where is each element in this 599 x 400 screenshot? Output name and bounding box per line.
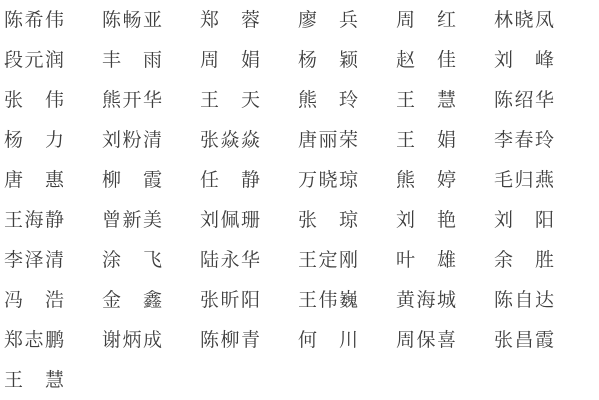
name-character: 王 <box>200 91 219 110</box>
name-item: 廖兵 <box>298 0 358 40</box>
name-character: 成 <box>143 331 162 350</box>
name-character: 刘 <box>494 211 513 230</box>
name-character: 张 <box>200 131 219 150</box>
name-character: 粉 <box>122 131 141 150</box>
name-character: 华 <box>241 251 260 270</box>
name-item: 王定刚 <box>298 240 358 280</box>
name-character: 晓 <box>318 171 337 190</box>
name-item: 冯浩 <box>4 280 64 320</box>
name-character: 静 <box>45 211 64 230</box>
name-character: 珊 <box>241 211 260 230</box>
name-character: 霞 <box>143 171 162 190</box>
name-character: 鑫 <box>143 291 162 310</box>
name-character: 刘 <box>200 211 219 230</box>
name-character: 婷 <box>437 171 456 190</box>
name-character: 郑 <box>200 11 219 30</box>
name-character: 任 <box>200 171 219 190</box>
name-item: 张伟 <box>4 80 64 120</box>
name-item: 杨力 <box>4 120 64 160</box>
name-character: 佩 <box>220 211 239 230</box>
name-character: 蓉 <box>241 11 260 30</box>
name-character: 李 <box>4 251 23 270</box>
name-character: 焱 <box>220 131 239 150</box>
name-character: 林 <box>494 11 513 30</box>
name-character: 畅 <box>122 11 141 30</box>
name-character: 柳 <box>220 331 239 350</box>
name-character: 杨 <box>298 51 317 70</box>
name-item: 郑志鹏 <box>4 320 64 360</box>
name-character: 张 <box>298 211 317 230</box>
name-character: 燕 <box>535 171 554 190</box>
name-character: 泽 <box>24 251 43 270</box>
name-character: 陈 <box>494 291 513 310</box>
name-character: 张 <box>200 291 219 310</box>
name-item: 熊婷 <box>396 160 456 200</box>
name-character: 琼 <box>339 171 358 190</box>
name-item: 曾新美 <box>102 200 162 240</box>
name-character: 清 <box>143 131 162 150</box>
name-item: 谢炳成 <box>102 320 162 360</box>
name-character: 浩 <box>45 291 64 310</box>
name-character: 飞 <box>143 251 162 270</box>
name-character: 熊 <box>298 91 317 110</box>
name-character: 伟 <box>45 91 64 110</box>
name-character: 美 <box>143 211 162 230</box>
name-character: 王 <box>298 291 317 310</box>
name-character: 郑 <box>4 331 23 350</box>
name-item: 万晓琼 <box>298 160 358 200</box>
name-item: 陈畅亚 <box>102 0 162 40</box>
name-item: 杨颖 <box>298 40 358 80</box>
name-character: 海 <box>24 211 43 230</box>
name-item: 陈希伟 <box>4 0 64 40</box>
empty-cell <box>396 360 456 400</box>
name-item: 郑蓉 <box>200 0 260 40</box>
name-list: 陈希伟陈畅亚郑蓉廖兵周红林晓凤段元润丰雨周娟杨颖赵佳刘峰张伟熊开华王天熊玲王慧陈… <box>0 0 599 400</box>
name-character: 华 <box>535 91 554 110</box>
name-character: 静 <box>241 171 260 190</box>
name-character: 叶 <box>396 251 415 270</box>
name-item: 陈自达 <box>494 280 554 320</box>
name-character: 归 <box>514 171 533 190</box>
name-character: 琼 <box>339 211 358 230</box>
name-character: 熊 <box>396 171 415 190</box>
name-character: 余 <box>494 251 513 270</box>
name-item: 毛归燕 <box>494 160 554 200</box>
empty-cell <box>494 360 554 400</box>
name-character: 周 <box>200 51 219 70</box>
name-item: 陈绍华 <box>494 80 554 120</box>
name-character: 惠 <box>45 171 64 190</box>
name-character: 荣 <box>339 131 358 150</box>
name-character: 丽 <box>318 131 337 150</box>
name-item: 王娟 <box>396 120 456 160</box>
name-character: 王 <box>4 371 23 390</box>
name-item: 刘峰 <box>494 40 554 80</box>
name-character: 冯 <box>4 291 23 310</box>
name-character: 娟 <box>437 131 456 150</box>
name-item: 林晓凤 <box>494 0 554 40</box>
name-item: 王慧 <box>396 80 456 120</box>
name-character: 刘 <box>102 131 121 150</box>
name-item: 刘佩珊 <box>200 200 260 240</box>
name-character: 唐 <box>4 171 23 190</box>
name-item: 刘艳 <box>396 200 456 240</box>
name-character: 鹏 <box>45 331 64 350</box>
name-character: 熊 <box>102 91 121 110</box>
name-character: 毛 <box>494 171 513 190</box>
name-character: 万 <box>298 171 317 190</box>
name-item: 李春玲 <box>494 120 554 160</box>
name-character: 刘 <box>494 51 513 70</box>
name-character: 永 <box>220 251 239 270</box>
name-item: 丰雨 <box>102 40 162 80</box>
name-item: 周红 <box>396 0 456 40</box>
name-character: 王 <box>396 91 415 110</box>
name-item: 叶雄 <box>396 240 456 280</box>
name-item: 刘阳 <box>494 200 554 240</box>
name-item: 李泽清 <box>4 240 64 280</box>
name-character: 清 <box>45 251 64 270</box>
name-character: 王 <box>396 131 415 150</box>
name-character: 陈 <box>102 11 121 30</box>
name-character: 张 <box>4 91 23 110</box>
name-character: 城 <box>437 291 456 310</box>
name-character: 定 <box>318 251 337 270</box>
name-character: 陈 <box>494 91 513 110</box>
name-character: 阳 <box>535 211 554 230</box>
name-character: 刘 <box>396 211 415 230</box>
name-item: 余胜 <box>494 240 554 280</box>
name-character: 晓 <box>514 11 533 30</box>
name-character: 保 <box>416 331 435 350</box>
name-character: 胜 <box>535 251 554 270</box>
name-character: 颖 <box>339 51 358 70</box>
name-character: 自 <box>514 291 533 310</box>
name-item: 张焱焱 <box>200 120 260 160</box>
name-character: 慧 <box>437 91 456 110</box>
name-item: 段元润 <box>4 40 64 80</box>
name-character: 川 <box>339 331 358 350</box>
name-character: 力 <box>45 131 64 150</box>
name-character: 陆 <box>200 251 219 270</box>
name-character: 峰 <box>535 51 554 70</box>
name-character: 元 <box>24 51 43 70</box>
empty-cell <box>102 360 162 400</box>
empty-cell <box>200 360 260 400</box>
name-character: 天 <box>241 91 260 110</box>
name-item: 王海静 <box>4 200 64 240</box>
name-character: 焱 <box>241 131 260 150</box>
name-item: 陈柳青 <box>200 320 260 360</box>
name-item: 刘粉清 <box>102 120 162 160</box>
name-character: 玲 <box>535 131 554 150</box>
name-character: 红 <box>437 11 456 30</box>
name-character: 玲 <box>339 91 358 110</box>
name-character: 丰 <box>102 51 121 70</box>
name-character: 金 <box>102 291 121 310</box>
empty-cell <box>298 360 358 400</box>
name-character: 达 <box>535 291 554 310</box>
name-character: 艳 <box>437 211 456 230</box>
name-item: 陆永华 <box>200 240 260 280</box>
name-character: 伟 <box>45 11 64 30</box>
name-character: 陈 <box>4 11 23 30</box>
name-character: 炳 <box>122 331 141 350</box>
name-item: 王慧 <box>4 360 64 400</box>
name-character: 赵 <box>396 51 415 70</box>
name-character: 霞 <box>535 331 554 350</box>
name-item: 王伟巍 <box>298 280 358 320</box>
name-character: 柳 <box>102 171 121 190</box>
name-item: 任静 <box>200 160 260 200</box>
name-character: 海 <box>416 291 435 310</box>
name-character: 王 <box>298 251 317 270</box>
name-character: 杨 <box>4 131 23 150</box>
name-character: 娟 <box>241 51 260 70</box>
name-item: 熊开华 <box>102 80 162 120</box>
name-character: 周 <box>396 331 415 350</box>
name-item: 张琼 <box>298 200 358 240</box>
name-item: 周娟 <box>200 40 260 80</box>
name-character: 雨 <box>143 51 162 70</box>
name-item: 唐丽荣 <box>298 120 358 160</box>
name-character: 志 <box>24 331 43 350</box>
name-character: 佳 <box>437 51 456 70</box>
name-character: 凤 <box>535 11 554 30</box>
name-character: 阳 <box>241 291 260 310</box>
name-character: 刚 <box>339 251 358 270</box>
name-character: 曾 <box>102 211 121 230</box>
name-item: 王天 <box>200 80 260 120</box>
name-character: 慧 <box>45 371 64 390</box>
name-character: 王 <box>4 211 23 230</box>
name-item: 熊玲 <box>298 80 358 120</box>
name-character: 雄 <box>437 251 456 270</box>
name-character: 涂 <box>102 251 121 270</box>
name-character: 绍 <box>514 91 533 110</box>
name-character: 昕 <box>220 291 239 310</box>
name-item: 赵佳 <box>396 40 456 80</box>
name-character: 唐 <box>298 131 317 150</box>
name-item: 金鑫 <box>102 280 162 320</box>
name-item: 周保喜 <box>396 320 456 360</box>
name-character: 希 <box>24 11 43 30</box>
name-character: 青 <box>241 331 260 350</box>
name-character: 段 <box>4 51 23 70</box>
name-item: 张昕阳 <box>200 280 260 320</box>
name-character: 何 <box>298 331 317 350</box>
name-character: 谢 <box>102 331 121 350</box>
name-character: 春 <box>514 131 533 150</box>
name-character: 李 <box>494 131 513 150</box>
name-item: 何川 <box>298 320 358 360</box>
name-item: 柳霞 <box>102 160 162 200</box>
name-character: 华 <box>143 91 162 110</box>
name-item: 张昌霞 <box>494 320 554 360</box>
name-character: 兵 <box>339 11 358 30</box>
name-character: 亚 <box>143 11 162 30</box>
name-character: 开 <box>122 91 141 110</box>
name-character: 周 <box>396 11 415 30</box>
name-character: 黄 <box>396 291 415 310</box>
name-item: 唐惠 <box>4 160 64 200</box>
name-item: 黄海城 <box>396 280 456 320</box>
name-character: 新 <box>122 211 141 230</box>
name-character: 昌 <box>514 331 533 350</box>
name-character: 张 <box>494 331 513 350</box>
name-item: 涂飞 <box>102 240 162 280</box>
name-character: 陈 <box>200 331 219 350</box>
name-character: 伟 <box>318 291 337 310</box>
name-character: 喜 <box>437 331 456 350</box>
name-character: 润 <box>45 51 64 70</box>
name-character: 廖 <box>298 11 317 30</box>
name-character: 巍 <box>339 291 358 310</box>
